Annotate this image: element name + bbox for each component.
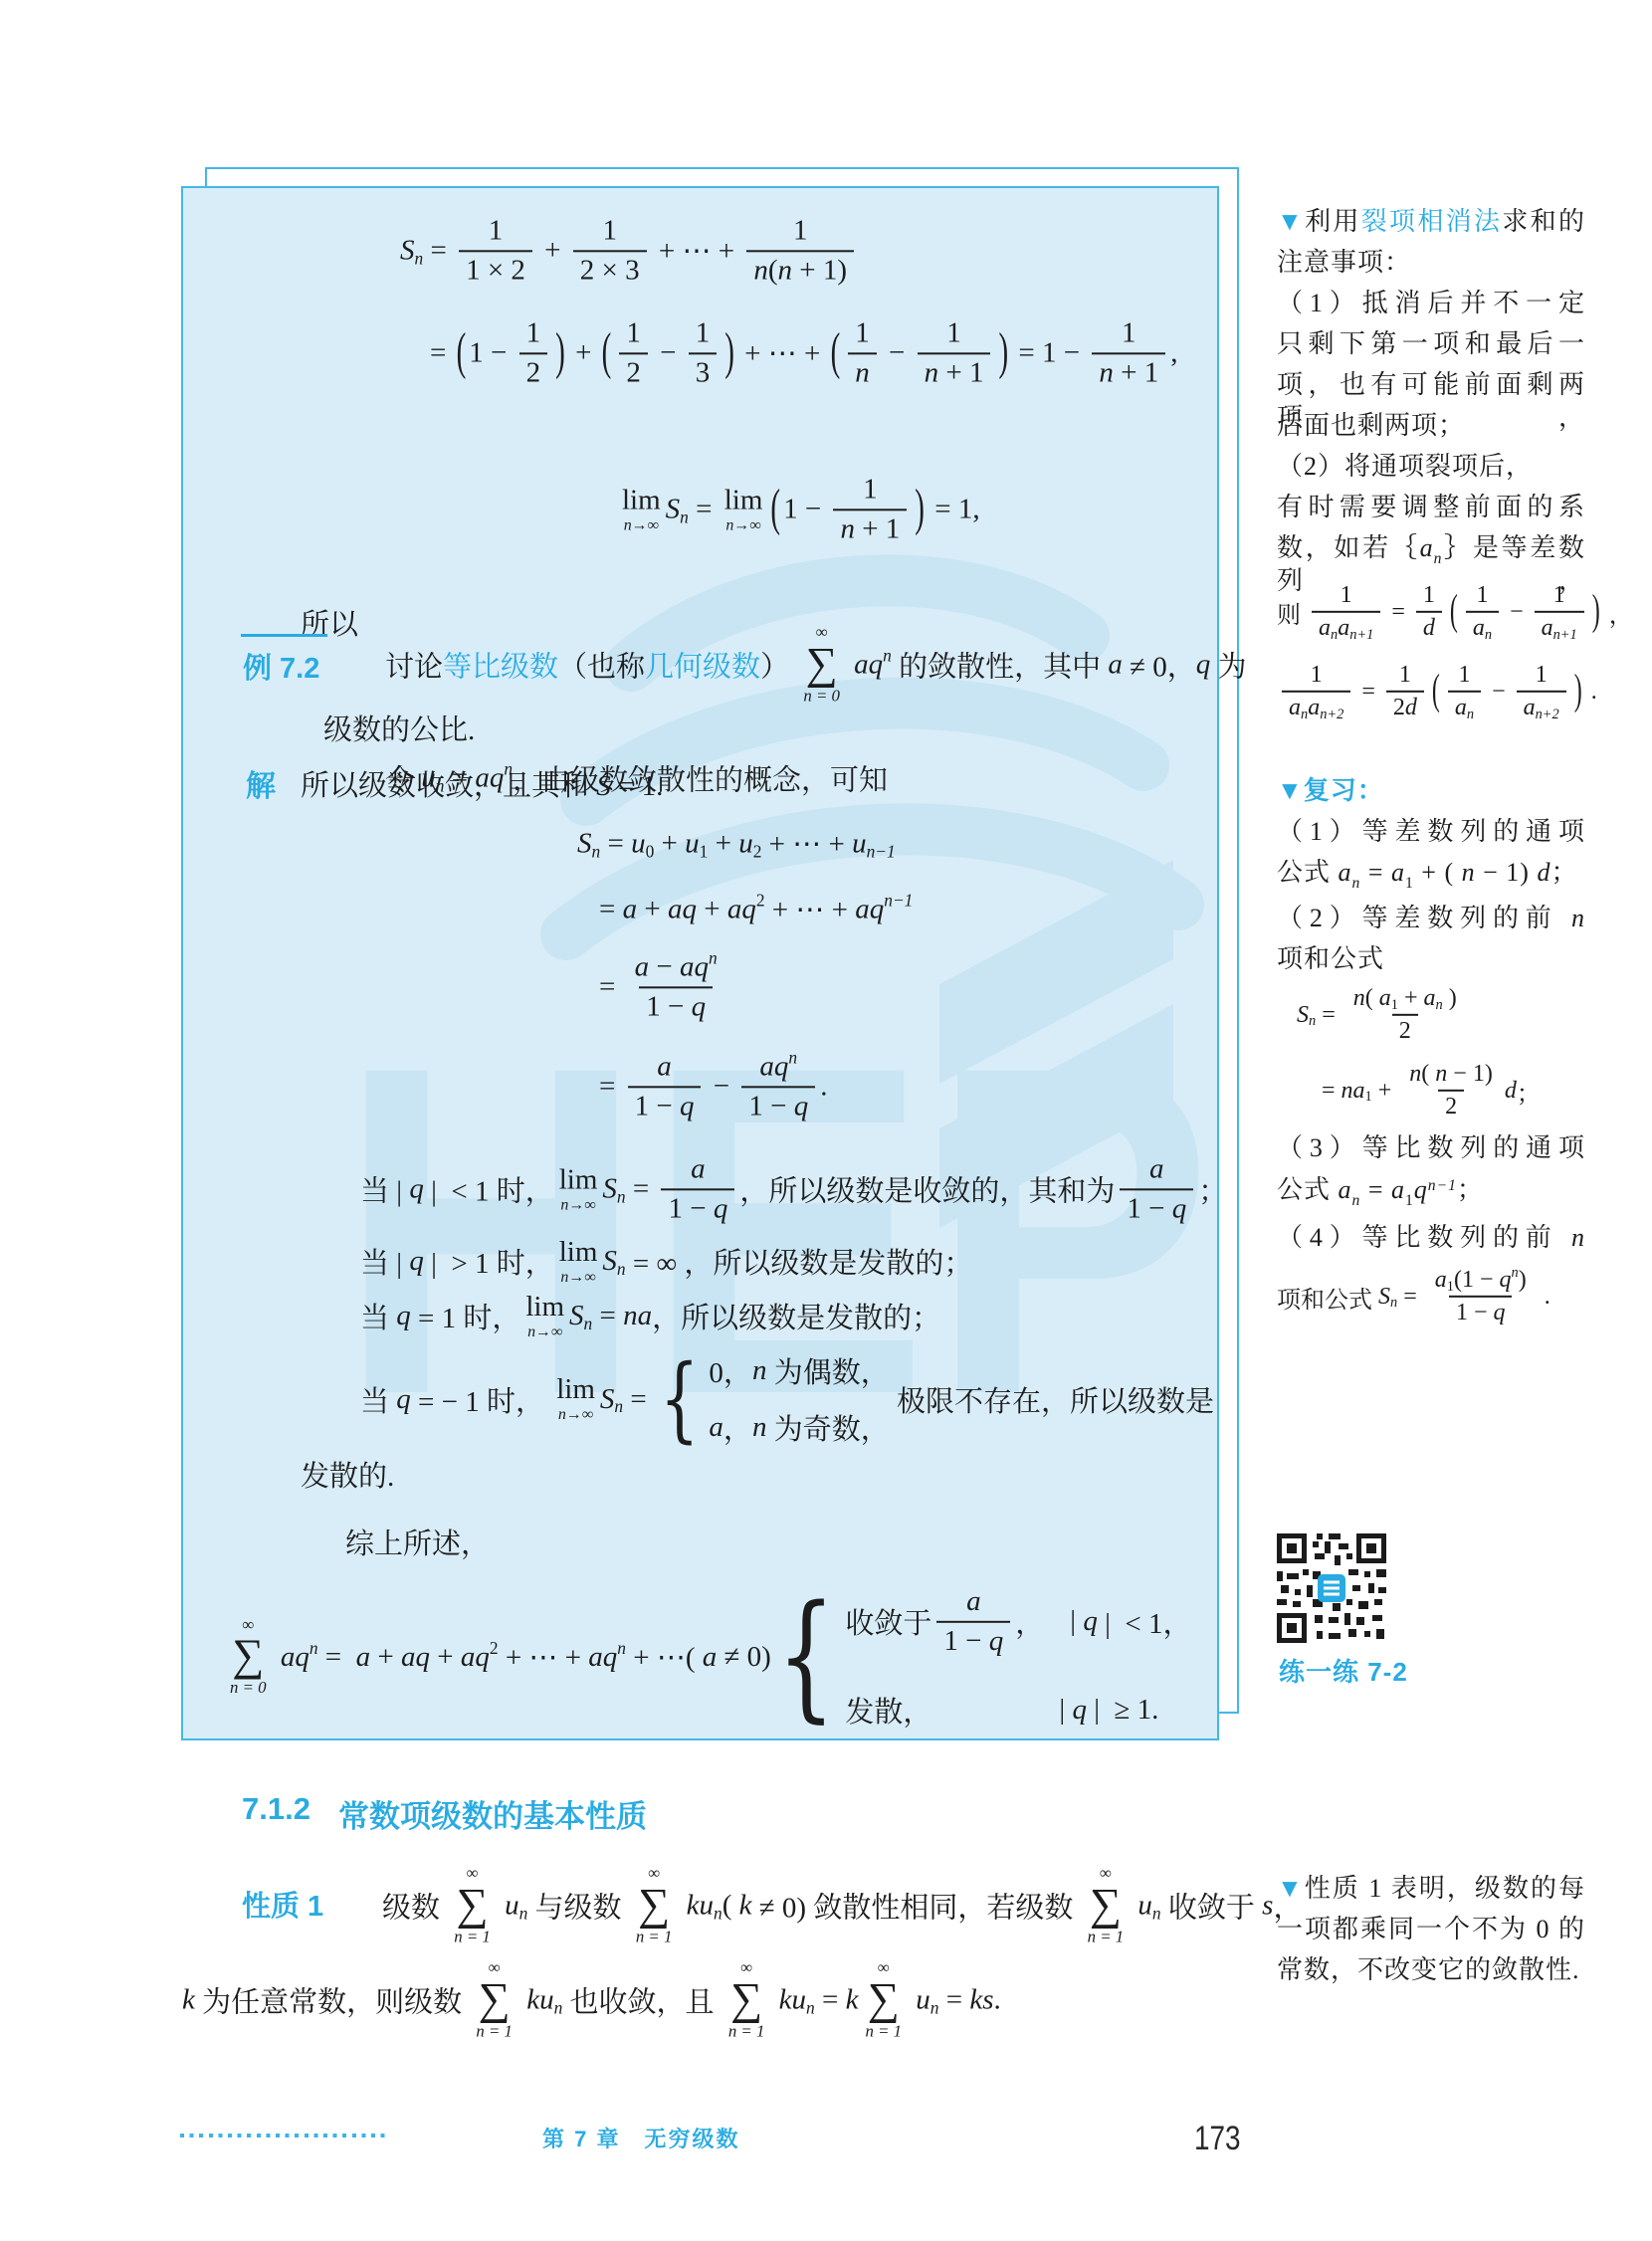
note-splitting-line3: （1）抵消后并不一定 — [1277, 288, 1585, 320]
formula-closed-form: = a − aqn1 − q — [599, 948, 729, 1025]
formula-limit: limn→∞Sn = limn→∞(1 − 1n + 1) = 1, — [617, 471, 980, 547]
footer-dots — [180, 2134, 390, 2138]
review-item3-line1: （3）等比数列的通项 — [1277, 1132, 1585, 1165]
footer-chapter-title: 第 7 章 无穷级数 — [542, 2123, 739, 2153]
case-q-equal-1: 当 q = 1 时，limn→∞Sn = na，所以级数是发散的； — [360, 1293, 940, 1340]
note-splitting-line7: （2）将通项裂项后， — [1277, 451, 1585, 484]
formula-summary: ∞∑n = 0 aqn = a + aq + aq2 + ⋯ + aqn + ⋯… — [223, 1583, 1192, 1731]
example-7-2-statement: 讨论等比级数（也称几何级数） ∞∑n = 0 aqn 的敛散性，其中 a ≠ 0… — [385, 624, 1247, 705]
footer-page-number: 173 — [1194, 2120, 1241, 2158]
note-splitting-line4: 只剩下第一项和最后一 — [1277, 328, 1585, 361]
review-formula-sn-sum: Sn = n( a1 + an )2 — [1297, 983, 1469, 1047]
note-splitting-line8: 有时需要调整前面的系 — [1277, 492, 1585, 524]
review-item3-line2: 公式 an = a1qn−1； — [1277, 1174, 1585, 1207]
review-note-title: ▼复习： — [1277, 774, 1585, 807]
textbook-page: HEP Sn = 11 × 2 + 12 × 3 + ⋯ + 1n(n + 1)… — [0, 0, 1652, 2241]
review-item2-line2: 项和公式 — [1277, 943, 1585, 976]
text-in-summary: 综上所述， — [345, 1522, 490, 1562]
note-property1-line2: 一项都乘同一个不为 0 的 — [1277, 1914, 1585, 1946]
review-item4-line1: （4）等比数列的前 n — [1277, 1222, 1585, 1255]
review-item4-formula: 项和公式 Sn = a1(1 − qn)1 − q . — [1277, 1265, 1550, 1328]
formula-split-form: = a1 − q − aqn1 − q. — [599, 1048, 827, 1124]
note-splitting-line1: ▼利用裂项相消法求和的 — [1277, 206, 1585, 239]
note-formula-an-an2: 1anan+2 = 12d(1an − 1an+2) . — [1277, 660, 1597, 723]
example-7-2-statement-line2: 级数的公比. — [323, 708, 475, 748]
example-panel: HEP Sn = 11 × 2 + 12 × 3 + ⋯ + 1n(n + 1)… — [181, 186, 1219, 1740]
qr-code — [1277, 1532, 1386, 1644]
section-heading: 7.1.2 常数项级数的基本性质 — [242, 1791, 647, 1836]
review-item2-line1: （2）等差数列的前 n — [1277, 903, 1585, 935]
qr-caption-practice: 练一练 7-2 — [1279, 1652, 1408, 1689]
case-q-equal-minus-1: 当 q = − 1 时， limn→∞Sn = {0，n 为偶数，a，n 为奇数… — [360, 1350, 1214, 1448]
formula-geometric-expansion: = a + aq + aq2 + ⋯ + aqn−1 — [599, 893, 913, 927]
solution-label: 解 — [246, 761, 276, 805]
case-q-greater-1: 当 | q | > 1 时，limn→∞Sn = ∞ ，所以级数是发散的； — [360, 1238, 972, 1286]
review-item1-line2: 公式 an = a1 + ( n − 1) d； — [1277, 857, 1585, 890]
case-q-less-1: 当 | q | < 1 时，limn→∞Sn = a1 − q，所以级数是收敛的… — [360, 1150, 1227, 1227]
example-7-2-label: 例 7.2 — [241, 634, 327, 687]
section-number: 7.1.2 — [242, 1791, 310, 1836]
note-property1-line3: 常数，不改变它的敛散性. — [1277, 1954, 1585, 1987]
review-item1-line1: （1）等差数列的通项 — [1277, 816, 1585, 849]
note-property1-line1: ▼性质 1 表明，级数的每 — [1277, 1873, 1585, 1906]
note-formula-an-an1: 则 1anan+1 = 1d(1an − 1an+1) ， — [1277, 580, 1633, 644]
review-formula-sn-expanded: = na1 + n( n − 1)2d； — [1322, 1059, 1541, 1122]
property-1-statement-line1: 级数 ∞∑n = 1 un 与级数 ∞∑n = 1 kun( k ≠ 0) 敛散… — [382, 1865, 1302, 1945]
formula-telescoping: = (1 − 12) + (12 − 13) + ⋯ + (1n − 1n + … — [430, 314, 1177, 391]
solution-intro: 令 un = aqn，由级数敛散性的概念，可知 — [385, 758, 888, 799]
note-splitting-line6: 后面也剩两项； — [1277, 410, 1585, 443]
text-divergent: 发散的. — [301, 1454, 394, 1495]
formula-partial-sum: Sn = 11 × 2 + 12 × 3 + ⋯ + 1n(n + 1) — [400, 212, 859, 289]
formula-sn-u-terms: Sn = u0 + u1 + u2 + ⋯ + un−1 — [577, 827, 896, 862]
note-splitting-line2: 注意事项： — [1277, 247, 1585, 280]
section-title: 常数项级数的基本性质 — [338, 1791, 647, 1836]
property-1-statement-line2: k 为任意常数，则级数 ∞∑n = 1 kun 也收敛，且 ∞∑n = 1 ku… — [182, 1959, 1001, 2040]
property-1-label: 性质 1 — [242, 1884, 323, 1925]
